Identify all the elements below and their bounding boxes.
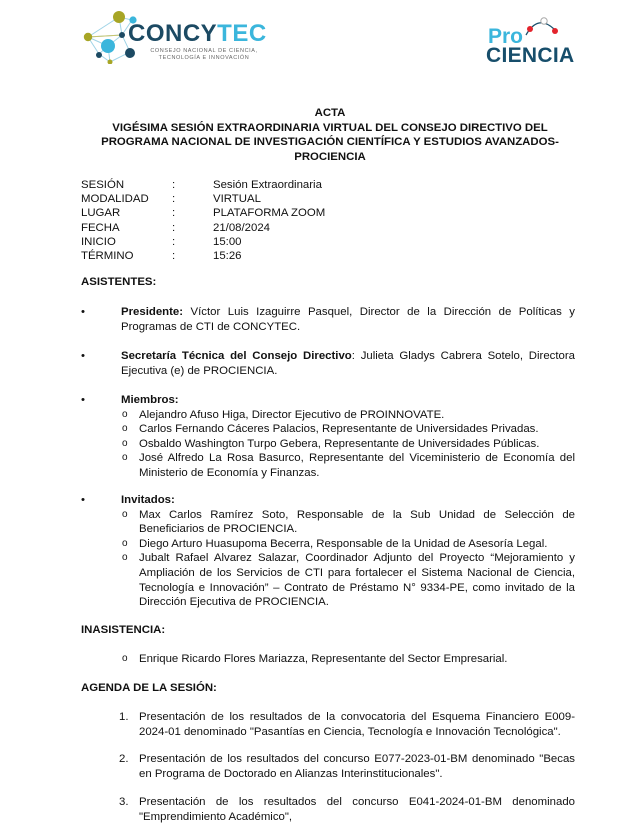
- agenda-number: 3.: [119, 795, 129, 810]
- list-item: oCarlos Fernando Cáceres Palacios, Repre…: [121, 422, 575, 437]
- list-item: oAlejandro Afuso Higa, Director Ejecutiv…: [121, 408, 575, 423]
- circle-bullet-icon: o: [122, 422, 128, 437]
- list-item: oJosé Alfredo La Rosa Basurco, Represent…: [121, 451, 575, 480]
- info-label: INICIO: [81, 235, 171, 249]
- document-page: CONCYTEC CONSEJO NACIONAL DE CIENCIA, TE…: [0, 0, 632, 829]
- bullet-icon: •: [81, 493, 121, 508]
- info-colon: :: [172, 221, 175, 235]
- agenda-number: 1.: [119, 710, 129, 725]
- prociencia-logo: Pro CIENCIA: [486, 16, 596, 70]
- concytec-wordmark: CONCYTEC: [128, 22, 267, 46]
- asistente-presidente: • Presidente: Víctor Luis Izaguirre Pasq…: [81, 305, 575, 334]
- agenda-item: 3. Presentación de los resultados del co…: [119, 795, 575, 824]
- concytec-subtitle-line2: TECNOLOGÍA E INNOVACIÓN: [144, 55, 264, 62]
- agenda-number: 2.: [119, 752, 129, 767]
- concytec-wordmark-part1: CONCY: [128, 20, 217, 47]
- info-value: VIRTUAL: [213, 192, 261, 206]
- info-value: Sesión Extraordinaria: [213, 178, 322, 192]
- document-title: ACTA VIGÉSIMA SESIÓN EXTRAORDINARIA VIRT…: [80, 106, 580, 164]
- info-value: 15:26: [213, 249, 242, 263]
- circle-bullet-icon: o: [122, 508, 128, 523]
- info-colon: :: [172, 192, 175, 206]
- info-colon: :: [172, 249, 175, 263]
- list-item-text: Max Carlos Ramírez Soto, Responsable de …: [139, 509, 575, 536]
- info-label: MODALIDAD: [81, 192, 171, 206]
- concytec-logo: CONCYTEC CONSEJO NACIONAL DE CIENCIA, TE…: [80, 8, 280, 64]
- miembros-list: oAlejandro Afuso Higa, Director Ejecutiv…: [121, 408, 575, 481]
- role-label: Miembros:: [121, 394, 179, 406]
- info-colon: :: [172, 206, 175, 220]
- info-label: LUGAR: [81, 206, 171, 220]
- list-item-text: Alejandro Afuso Higa, Director Ejecutivo…: [139, 409, 444, 421]
- list-item-text: Carlos Fernando Cáceres Palacios, Repres…: [139, 423, 539, 435]
- info-label: TÉRMINO: [81, 249, 171, 263]
- asistentes-heading: ASISTENTES:: [81, 276, 156, 288]
- circle-bullet-icon: o: [122, 408, 128, 423]
- info-colon: :: [172, 178, 175, 192]
- agenda-item: 1. Presentación de los resultados de la …: [119, 710, 575, 739]
- inasistencia-heading: INASISTENCIA:: [81, 624, 165, 636]
- list-item: oMax Carlos Ramírez Soto, Responsable de…: [121, 508, 575, 537]
- agenda-text: Presentación de los resultados del concu…: [139, 795, 575, 824]
- circle-bullet-icon: o: [122, 437, 128, 452]
- list-item: oOsbaldo Washington Turpo Gebera, Repres…: [121, 437, 575, 452]
- list-item-text: José Alfredo La Rosa Basurco, Representa…: [139, 452, 575, 479]
- title-acta: ACTA: [80, 106, 580, 121]
- invitados-list: oMax Carlos Ramírez Soto, Responsable de…: [121, 508, 575, 610]
- circle-bullet-icon: o: [122, 537, 128, 552]
- list-item: oDiego Arturo Huasupoma Becerra, Respons…: [121, 537, 575, 552]
- asistente-miembros: • Miembros: oAlejandro Afuso Higa, Direc…: [81, 393, 575, 481]
- bullet-icon: •: [81, 349, 121, 364]
- agenda-text: Presentación de los resultados de la con…: [139, 710, 575, 739]
- info-label: SESIÓN: [81, 178, 171, 192]
- list-item: oEnrique Ricardo Flores Mariazza, Repres…: [121, 652, 581, 667]
- concytec-wordmark-part2: TEC: [217, 20, 267, 47]
- list-item-text: Diego Arturo Huasupoma Becerra, Responsa…: [139, 538, 547, 550]
- info-value: PLATAFORMA ZOOM: [213, 206, 325, 220]
- agenda-item: 2. Presentación de los resultados del co…: [119, 752, 575, 781]
- info-value: 21/08/2024: [213, 221, 270, 235]
- list-item-text: Jubalt Rafael Alvarez Salazar, Coordinad…: [139, 552, 575, 608]
- bullet-icon: •: [81, 305, 121, 320]
- asistente-secretaria: • Secretaría Técnica del Consejo Directi…: [81, 349, 575, 378]
- list-item-text: Enrique Ricardo Flores Mariazza, Represe…: [139, 653, 507, 665]
- circle-bullet-icon: o: [122, 451, 128, 466]
- title-line4: PROCIENCIA: [80, 150, 580, 165]
- circle-bullet-icon: o: [122, 652, 128, 667]
- concytec-subtitle-line1: CONSEJO NACIONAL DE CIENCIA,: [144, 48, 264, 55]
- bullet-icon: •: [81, 393, 121, 408]
- concytec-subtitle: CONSEJO NACIONAL DE CIENCIA, TECNOLOGÍA …: [144, 48, 264, 62]
- role-label: Invitados:: [121, 494, 175, 506]
- inasistencia-list: oEnrique Ricardo Flores Mariazza, Repres…: [121, 652, 581, 667]
- role-label: Presidente:: [121, 306, 183, 318]
- title-line3: PROGRAMA NACIONAL DE INVESTIGACIÓN CIENT…: [80, 135, 580, 150]
- role-label: Secretaría Técnica del Consejo Directivo: [121, 350, 352, 362]
- list-item-text: Osbaldo Washington Turpo Gebera, Represe…: [139, 438, 539, 450]
- asistente-invitados: • Invitados: oMax Carlos Ramírez Soto, R…: [81, 493, 575, 610]
- agenda-text: Presentación de los resultados del concu…: [139, 752, 575, 781]
- info-label: FECHA: [81, 221, 171, 235]
- info-value: 15:00: [213, 235, 242, 249]
- prociencia-wordmark-ciencia: CIENCIA: [486, 45, 574, 67]
- list-item: oJubalt Rafael Alvarez Salazar, Coordina…: [121, 551, 575, 609]
- attendee-text: Víctor Luis Izaguirre Pasquel, Director …: [121, 306, 575, 333]
- circle-bullet-icon: o: [122, 551, 128, 566]
- info-colon: :: [172, 235, 175, 249]
- agenda-heading: AGENDA DE LA SESIÓN:: [81, 682, 217, 694]
- title-line2: VIGÉSIMA SESIÓN EXTRAORDINARIA VIRTUAL D…: [80, 121, 580, 136]
